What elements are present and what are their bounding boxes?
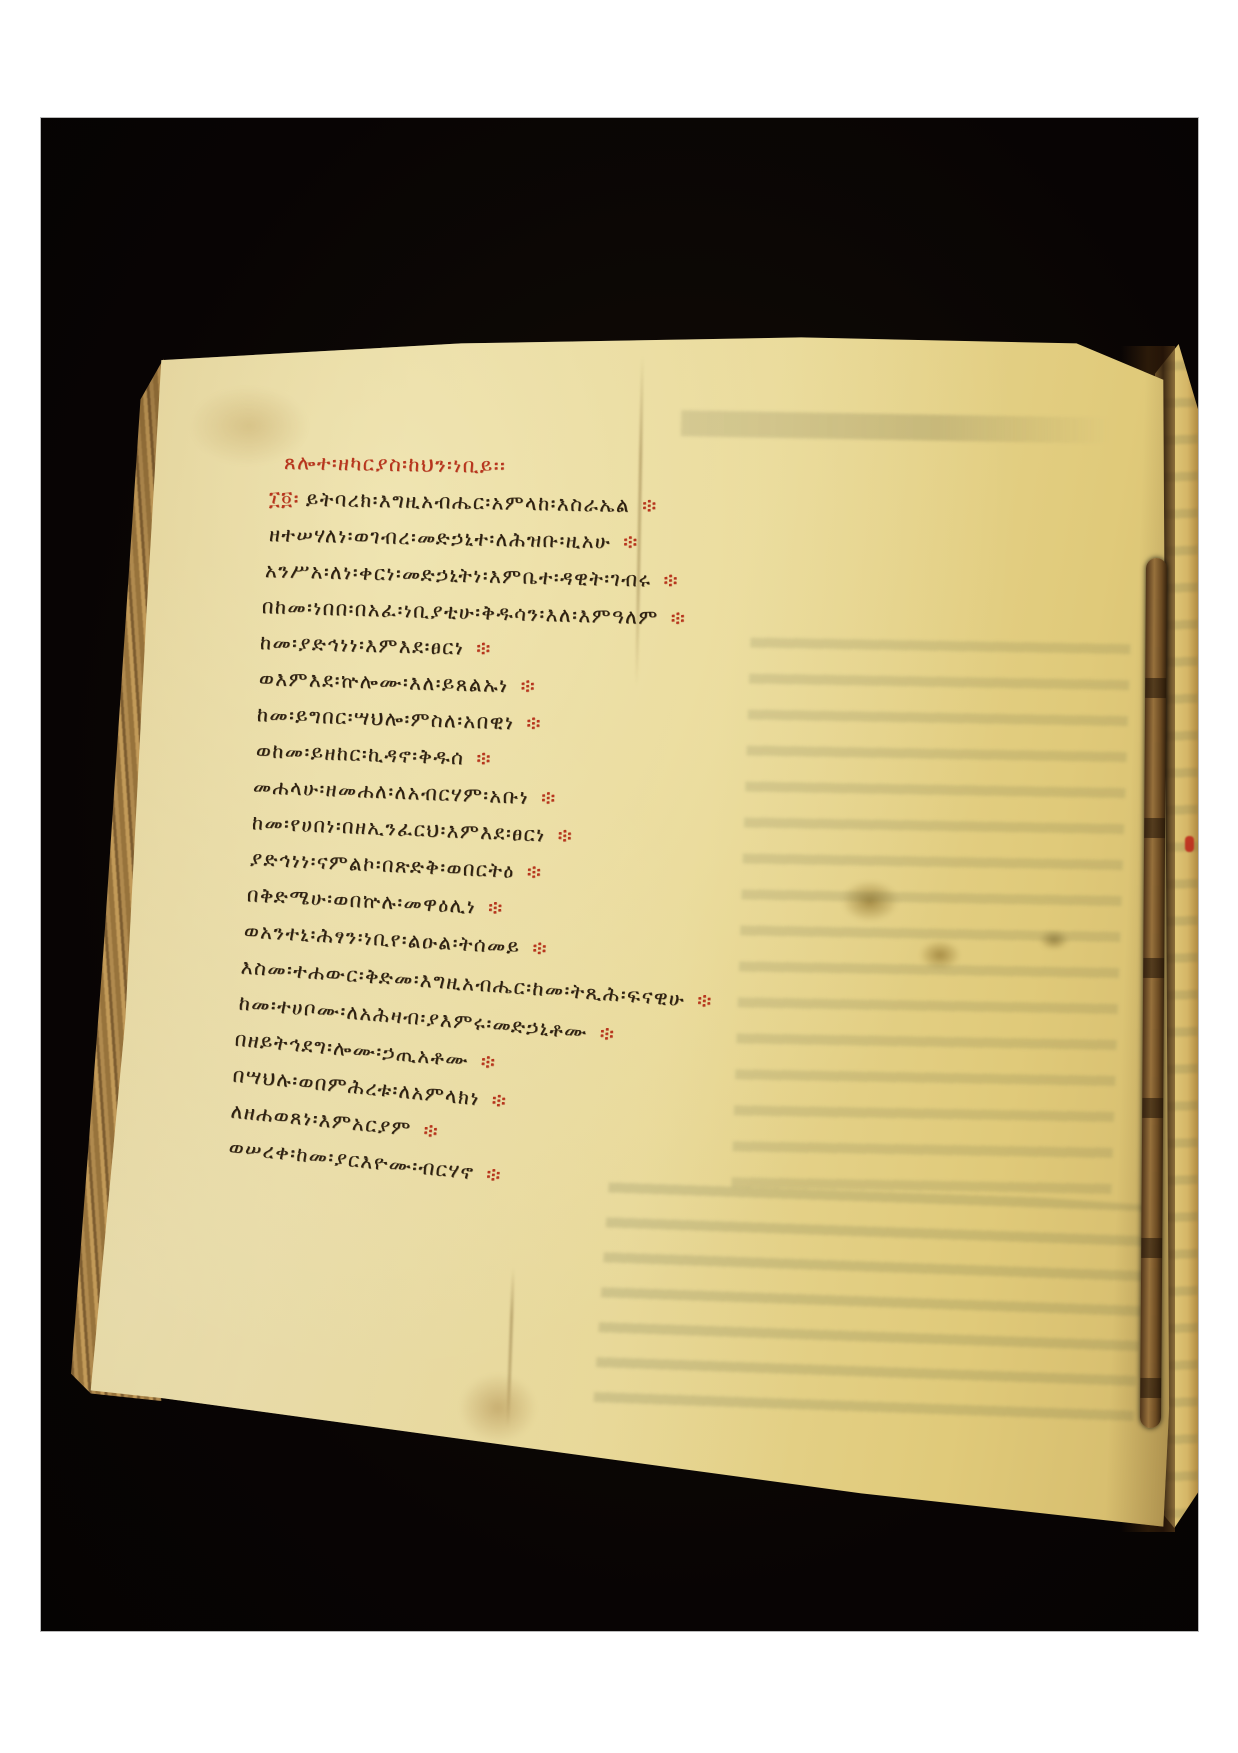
red-numeral bbox=[243, 846, 244, 870]
paragraph-mark: ፨ bbox=[476, 636, 492, 660]
red-numeral bbox=[234, 954, 236, 978]
red-numeral bbox=[226, 1062, 228, 1086]
scan-background: { "colors": { "frame_background": "#ffff… bbox=[0, 0, 1238, 1753]
paper-stain bbox=[459, 1373, 537, 1443]
red-numeral bbox=[237, 918, 238, 942]
manuscript-photo: ጸሎተ፡ዘካርያስ፡ከህን፡ነቢይ፡፡ ፲፬፡ይትባረክ፡እግዚአብሔር፡አምላ… bbox=[40, 117, 1199, 1632]
paragraph-mark: ፨ bbox=[526, 711, 542, 735]
line-text: ከመ፡ይግበር፡ሣህሎ፡ምስለ፡አበዊነ bbox=[257, 702, 515, 734]
red-numeral bbox=[245, 810, 246, 834]
red-numeral bbox=[253, 666, 254, 690]
heading-text: ጸሎተ፡ዘካርያስ፡ከህን፡ነቢይ፡፡ bbox=[284, 450, 507, 478]
paragraph-mark: ፨ bbox=[532, 936, 549, 961]
paragraph-mark: ፨ bbox=[476, 746, 492, 771]
red-numeral bbox=[240, 882, 241, 906]
line-text: አንሥአ፡ለነ፡ቀርነ፡መድኃኒትነ፡እምቤተ፡ዳዊት፡ገብሩ bbox=[265, 558, 652, 591]
paragraph-mark: ፨ bbox=[663, 568, 679, 592]
paragraph-mark: ፨ bbox=[488, 895, 505, 920]
line-text: መሐላሁ፡ዘመሐለ፡ለአብርሃም፡አቡነ bbox=[253, 774, 530, 809]
red-numeral: ፲፬፡ bbox=[269, 486, 300, 511]
red-numeral bbox=[250, 738, 251, 762]
line-text: ከመ፡ያድኅነነ፡እምእደ፡ፀርነ bbox=[260, 630, 465, 659]
red-thread-mark bbox=[1185, 836, 1194, 852]
line-text: በቅድሜሁ፡ወበኵሉ፡መዋዕሊነ bbox=[246, 882, 476, 918]
line-text: ዘተሠሃለነ፡ወገብረ፡መድኃኒተ፡ለሕዝቡ፡ዚአሁ bbox=[269, 522, 612, 553]
line-text: ወከመ፡ይዘከር፡ኪዳኖ፡ቅዱሰ bbox=[256, 738, 465, 769]
line-text: ከመ፡የሀበነ፡በዘኢንፈርህ፡እምእደ፡ፀርነ bbox=[251, 810, 546, 846]
red-numeral bbox=[263, 522, 264, 546]
paragraph-mark: ፨ bbox=[485, 1162, 503, 1187]
paragraph-mark: ፨ bbox=[491, 1088, 509, 1113]
paragraph-mark: ፨ bbox=[520, 673, 536, 697]
paragraph-mark: ፨ bbox=[480, 1049, 498, 1074]
line-text: ወእምእደ፡ኵሎሙ፡እለ፡ይጸልኡነ bbox=[259, 666, 509, 697]
bleed-through-text bbox=[681, 410, 1111, 444]
red-numeral bbox=[224, 1098, 226, 1122]
red-numeral bbox=[251, 702, 252, 726]
paragraph-mark: ፨ bbox=[696, 988, 713, 1013]
paragraph-mark: ፨ bbox=[599, 1021, 617, 1046]
line-text: ይትባረክ፡እግዚአብሔር፡አምላከ፡እስራኤል bbox=[306, 487, 631, 517]
paragraph-mark: ፨ bbox=[623, 530, 639, 554]
paragraph-mark: ፨ bbox=[422, 1118, 440, 1143]
red-numeral bbox=[232, 990, 234, 1014]
line-text: በከመ፡ነበበ፡በአፈ፡ነቢያቲሁ፡ቅዱሳን፡እለ፡እምዓለም bbox=[262, 594, 659, 629]
red-numeral bbox=[254, 630, 255, 654]
paragraph-mark: ፨ bbox=[642, 493, 658, 517]
red-numeral bbox=[259, 558, 260, 582]
paragraph-mark: ፨ bbox=[526, 859, 543, 884]
text-block: ጸሎተ፡ዘካርያስ፡ከህን፡ነቢይ፡፡ ፲፬፡ይትባረክ፡እግዚአብሔር፡አምላ… bbox=[181, 444, 1161, 1164]
paragraph-mark: ፨ bbox=[541, 785, 557, 810]
manuscript-page: ጸሎተ፡ዘካርያስ፡ከህን፡ነቢይ፡፡ ፲፬፡ይትባረክ፡እግዚአብሔር፡አምላ… bbox=[41, 118, 1198, 1631]
red-numeral bbox=[256, 594, 257, 618]
paragraph-mark: ፨ bbox=[557, 823, 574, 848]
red-numeral bbox=[247, 774, 248, 798]
red-numeral bbox=[228, 1026, 230, 1050]
paragraph-mark: ፨ bbox=[670, 606, 686, 630]
line-text: ያድኅነነ፡ናምልኮ፡በጽድቅ፡ወበርትዕ bbox=[249, 846, 515, 882]
red-numeral bbox=[222, 1134, 225, 1158]
